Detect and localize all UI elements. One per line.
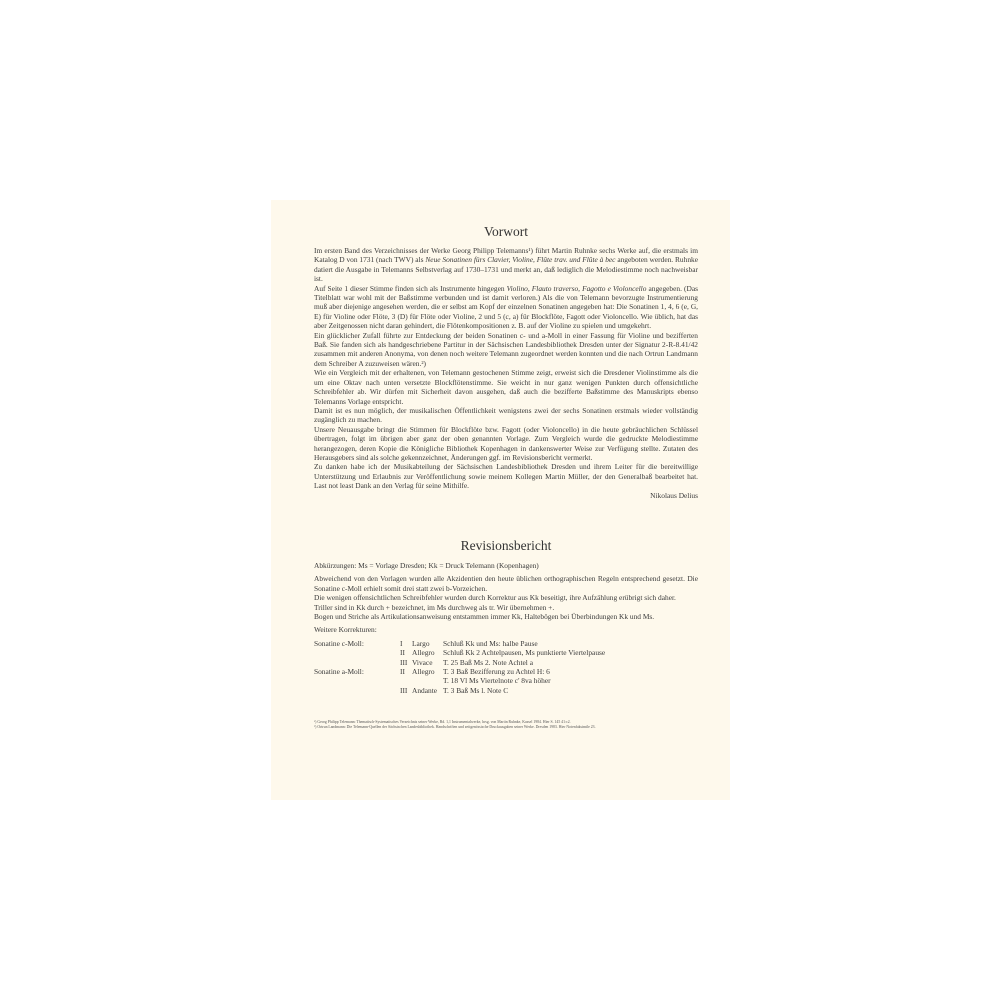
correction-note: Schluß Kk 2 Achtelpausen, Ms punktierte … [443, 648, 605, 657]
correction-row: IIAllegroSchluß Kk 2 Achtelpausen, Ms pu… [314, 648, 605, 657]
correction-tempo: Allegro [412, 648, 443, 657]
paragraph: Wie ein Vergleich mit der erhaltenen, vo… [314, 368, 698, 406]
vorwort-title: Vorwort [314, 224, 698, 240]
correction-tempo: Allegro [412, 667, 443, 676]
correction-row: T. 18 Vl Ms Viertelnote c' 8va höher [314, 676, 605, 685]
paragraph: Zu danken habe ich der Musikabteilung de… [314, 462, 698, 490]
correction-tempo: Andante [412, 686, 443, 695]
footnote: ²) Ortrun Landmann: Die Telemann-Quellen… [314, 725, 698, 730]
paragraph: Auf Seite 1 dieser Stimme finden sich al… [314, 284, 698, 331]
paragraph: Im ersten Band des Verzeichnisses der We… [314, 246, 698, 284]
correction-num: I [400, 639, 412, 648]
correction-note: T. 18 Vl Ms Viertelnote c' 8va höher [443, 676, 605, 685]
corrections-table: Sonatine c-Moll:ILargoSchluß Kk und Ms: … [314, 639, 605, 695]
paragraph: Bogen und Striche als Artikulationsanwei… [314, 612, 698, 621]
correction-sonatina [314, 658, 400, 667]
footnotes: ¹) Georg Philipp Telemann: Thematisch-Sy… [314, 720, 698, 730]
correction-sonatina [314, 676, 400, 685]
correction-sonatina: Sonatine c-Moll: [314, 639, 400, 648]
signature: Nikolaus Delius [314, 491, 698, 500]
correction-row: Sonatine c-Moll:ILargoSchluß Kk und Ms: … [314, 639, 605, 648]
paragraph: Damit ist es nun möglich, der musikalisc… [314, 406, 698, 425]
correction-row: IIIAndanteT. 3 Baß Ms l. Note C [314, 686, 605, 695]
correction-row: IIIVivaceT. 25 Baß Ms 2. Note Achtel a [314, 658, 605, 667]
document-page: Vorwort Im ersten Band des Verzeichnisse… [271, 200, 730, 800]
vorwort-body: Im ersten Band des Verzeichnisses der We… [314, 246, 698, 500]
correction-row: Sonatine a-Moll:IIAllegroT. 3 Baß Beziff… [314, 667, 605, 676]
correction-note: T. 3 Baß Bezifferung zu Achtel H: 6 [443, 667, 605, 676]
abbreviations: Abkürzungen: Ms = Vorlage Dresden; Kk = … [314, 561, 698, 570]
correction-sonatina [314, 648, 400, 657]
correction-num: III [400, 686, 412, 695]
correction-num: II [400, 648, 412, 657]
correction-tempo: Largo [412, 639, 443, 648]
revision-body: Abkürzungen: Ms = Vorlage Dresden; Kk = … [314, 561, 698, 695]
correction-num: III [400, 658, 412, 667]
paragraph: Ein glücklicher Zufall führte zur Entdec… [314, 331, 698, 369]
correction-num: II [400, 667, 412, 676]
correction-tempo [412, 676, 443, 685]
correction-note: Schluß Kk und Ms: halbe Pause [443, 639, 605, 648]
corrections-heading: Weitere Korrekturen: [314, 625, 698, 634]
correction-sonatina [314, 686, 400, 695]
correction-note: T. 3 Baß Ms l. Note C [443, 686, 605, 695]
correction-tempo: Vivace [412, 658, 443, 667]
correction-sonatina: Sonatine a-Moll: [314, 667, 400, 676]
paragraph: Die wenigen offensichtlichen Schreibfehl… [314, 593, 698, 602]
paragraph: Triller sind in Kk durch + bezeichnet, i… [314, 603, 698, 612]
revision-title: Revisionsbericht [314, 538, 698, 554]
correction-num [400, 676, 412, 685]
correction-note: T. 25 Baß Ms 2. Note Achtel a [443, 658, 605, 667]
paragraph: Abweichend von den Vorlagen wurden alle … [314, 574, 698, 593]
paragraph: Unsere Neuausgabe bringt die Stimmen für… [314, 425, 698, 463]
